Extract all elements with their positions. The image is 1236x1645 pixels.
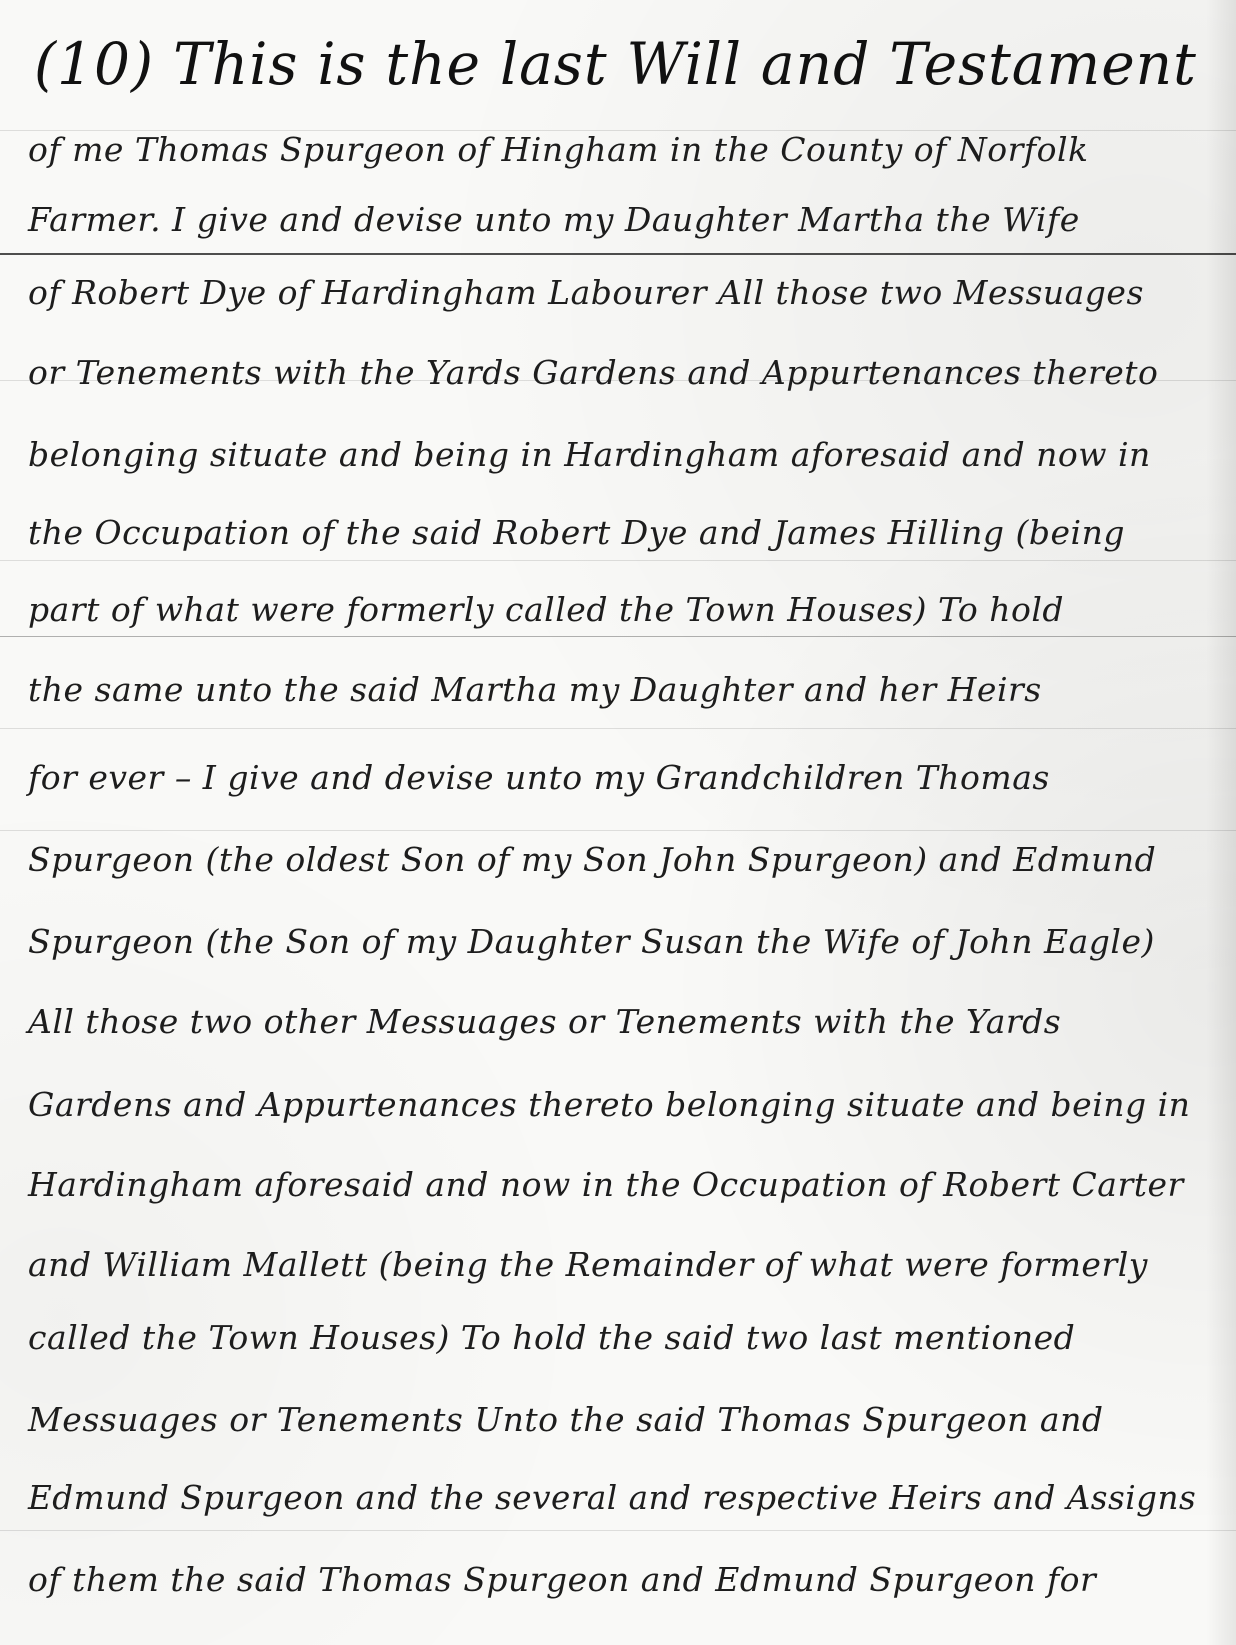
ruled-line <box>0 636 1236 637</box>
ruled-line <box>0 830 1236 831</box>
manuscript-line: the same unto the said Martha my Daughte… <box>28 670 1196 709</box>
manuscript-line: Spurgeon (the oldest Son of my Son John … <box>28 840 1196 879</box>
manuscript-line: Gardens and Appurtenances thereto belong… <box>28 1085 1196 1124</box>
manuscript-line: Edmund Spurgeon and the several and resp… <box>28 1478 1182 1517</box>
ruled-line <box>0 253 1236 255</box>
manuscript-line: for ever – I give and devise unto my Gra… <box>28 758 1196 797</box>
manuscript-line: and William Mallett (being the Remainder… <box>28 1245 1196 1284</box>
manuscript-line: or Tenements with the Yards Gardens and … <box>28 353 1196 392</box>
manuscript-line: called the Town Houses) To hold the said… <box>28 1318 1196 1357</box>
manuscript-line: of them the said Thomas Spurgeon and Edm… <box>28 1560 1196 1599</box>
ruled-line <box>0 1530 1236 1531</box>
manuscript-line: All those two other Messuages or Tenemen… <box>28 1002 1196 1041</box>
manuscript-line: the Occupation of the said Robert Dye an… <box>28 513 1196 552</box>
scan-edge-shadow <box>1206 0 1236 1645</box>
ruled-line <box>0 728 1236 729</box>
manuscript-line: Spurgeon (the Son of my Daughter Susan t… <box>28 922 1196 961</box>
manuscript-line: Messuages or Tenements Unto the said Tho… <box>28 1400 1196 1439</box>
manuscript-page: (10) This is the last Will and Testament… <box>0 0 1236 1645</box>
ruled-line <box>0 560 1236 561</box>
will-heading: (10) This is the last Will and Testament <box>34 30 1168 98</box>
manuscript-line: belonging situate and being in Hardingha… <box>28 435 1196 474</box>
manuscript-line: Hardingham aforesaid and now in the Occu… <box>28 1165 1196 1204</box>
manuscript-line: Farmer. I give and devise unto my Daught… <box>28 200 1196 239</box>
manuscript-line: part of what were formerly called the To… <box>28 590 1196 629</box>
manuscript-line: of Robert Dye of Hardingham Labourer All… <box>28 273 1196 312</box>
manuscript-line: of me Thomas Spurgeon of Hingham in the … <box>28 130 1196 169</box>
